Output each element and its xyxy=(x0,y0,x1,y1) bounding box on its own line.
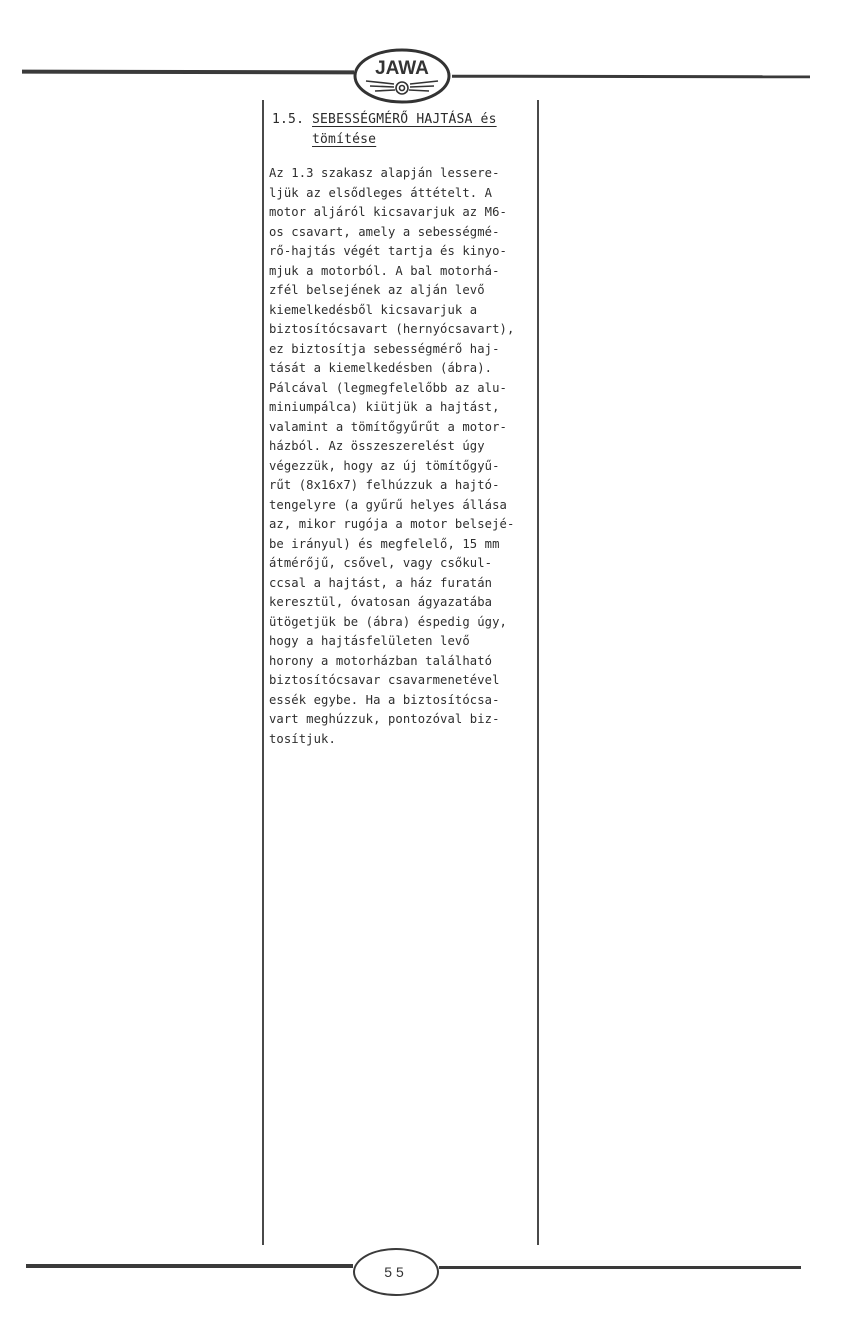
body-line: végezzük, hogy az új tömítőgyű- xyxy=(269,457,539,477)
body-line: mjuk a motorból. A bal motorhá- xyxy=(269,262,539,282)
body-line: Az 1.3 szakasz alapján lessere- xyxy=(269,164,539,184)
body-line: be irányul) és megfelelő, 15 mm xyxy=(269,535,539,555)
body-line: ljük az elsődleges áttételt. A xyxy=(269,184,539,204)
body-line: essék egybe. Ha a biztosítócsa- xyxy=(269,691,539,711)
section-title-line1: SEBESSÉGMÉRŐ HAJTÁSA és xyxy=(312,112,497,127)
body-line: kiemelkedésből kicsavarjuk a xyxy=(269,301,539,321)
body-line: biztosítócsavart (hernyócsavart), xyxy=(269,320,539,340)
body-line: zfél belsejének az alján levő xyxy=(269,281,539,301)
body-line: ütögetjük be (ábra) éspedig úgy, xyxy=(269,613,539,633)
body-line: tengelyre (a gyűrű helyes állása xyxy=(269,496,539,516)
body-line: házból. Az összeszerelést úgy xyxy=(269,437,539,457)
column-border-left xyxy=(262,100,264,1245)
body-line: tosítjuk. xyxy=(269,730,539,750)
body-line: hogy a hajtásfelületen levő xyxy=(269,632,539,652)
body-line: átmérőjű, csővel, vagy csőkul- xyxy=(269,554,539,574)
body-paragraph: Az 1.3 szakasz alapján lessere-ljük az e… xyxy=(269,164,539,749)
page-number-badge: 55 xyxy=(353,1248,439,1296)
body-line: Pálcával (legmegfelelőbb az alu- xyxy=(269,379,539,399)
body-line: keresztül, óvatosan ágyazatába xyxy=(269,593,539,613)
body-line: ccsal a hajtást, a ház furatán xyxy=(269,574,539,594)
header-rule-right xyxy=(452,75,810,79)
body-line: horony a motorházban található xyxy=(269,652,539,672)
body-line: os csavart, amely a sebességmé- xyxy=(269,223,539,243)
logo-text: JAWA xyxy=(375,58,429,79)
body-line: az, mikor rugója a motor belsejé- xyxy=(269,515,539,535)
page-number: 55 xyxy=(384,1264,408,1280)
footer-rule-right xyxy=(439,1266,801,1269)
body-line: motor aljáról kicsavarjuk az M6- xyxy=(269,203,539,223)
footer-rule-left xyxy=(26,1264,353,1268)
section-number: 1.5. xyxy=(272,110,312,130)
body-line: tását a kiemelkedésben (ábra). xyxy=(269,359,539,379)
body-line: ez biztosítja sebességmérő haj- xyxy=(269,340,539,360)
section-title-line2: tömítése xyxy=(312,132,376,147)
body-line: rűt (8x16x7) felhúzzuk a hajtó- xyxy=(269,476,539,496)
header-rule-left xyxy=(22,70,354,75)
body-line: rő-hajtás végét tartja és kinyo- xyxy=(269,242,539,262)
body-line: valamint a tömítőgyűrűt a motor- xyxy=(269,418,539,438)
jawa-logo: JAWA xyxy=(352,47,452,105)
body-line: vart meghúzzuk, pontozóval biz- xyxy=(269,710,539,730)
section-heading: 1.5.SEBESSÉGMÉRŐ HAJTÁSA és tömítése xyxy=(272,110,497,150)
body-line: miniumpálca) kiütjük a hajtást, xyxy=(269,398,539,418)
body-line: biztosítócsavar csavarmenetével xyxy=(269,671,539,691)
